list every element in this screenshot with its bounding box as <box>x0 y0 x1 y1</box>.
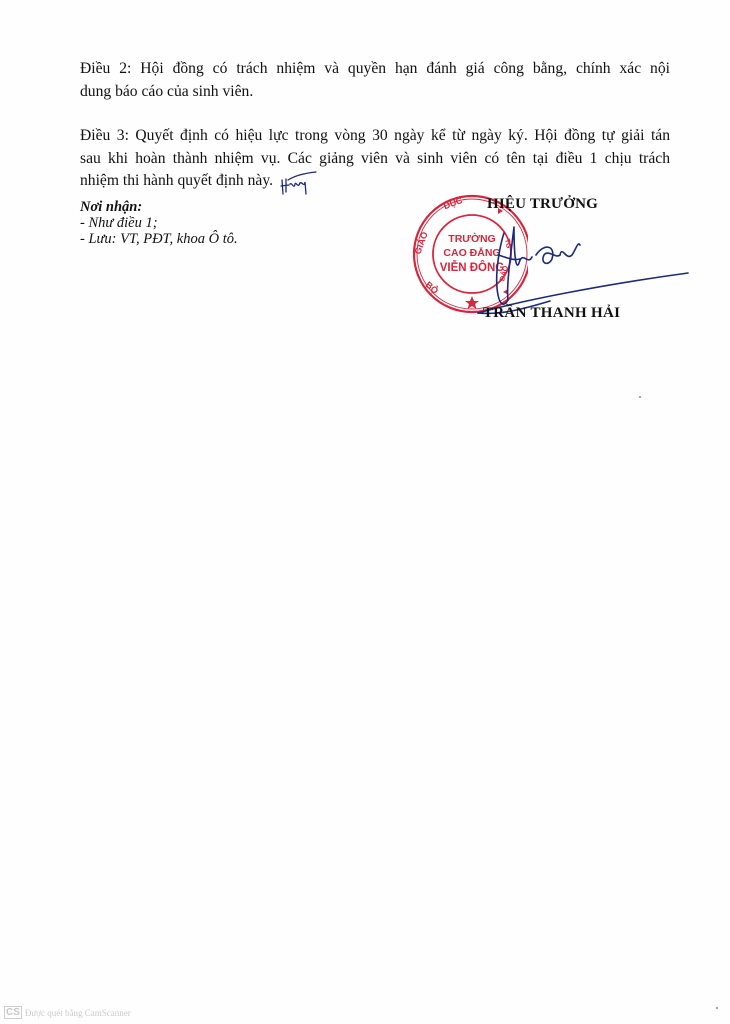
camscanner-text: Được quét bằng CamScanner <box>25 1008 131 1018</box>
document-page: Điều 2: Hội đồng có trách nhiệm và quyền… <box>0 0 730 1024</box>
signer-name: TRẦN THANH HẢI <box>483 305 620 322</box>
recipient-item: - Lưu: VT, PĐT, khoa Ô tô. <box>80 231 238 247</box>
signer-position-title: HIỆU TRƯỞNG <box>487 196 598 213</box>
article-3-paragraph: Điều 3: Quyết định có hiệu lực trong vòn… <box>80 125 670 193</box>
scan-speck <box>639 396 641 398</box>
article-2-line-1: Điều 2: Hội đồng có trách nhiệm và quyền… <box>80 58 670 81</box>
initials-signature-icon <box>278 170 318 198</box>
svg-text:BỘ: BỘ <box>424 279 441 296</box>
article-3-line-1: Điều 3: Quyết định có hiệu lực trong vòn… <box>80 125 670 148</box>
recipients-block: Nơi nhận: - Như điều 1; - Lưu: VT, PĐT, … <box>80 199 238 247</box>
svg-text:DỤC: DỤC <box>442 195 464 211</box>
article-3-line-2: sau khi hoàn thành nhiệm vụ. Các giảng v… <box>80 148 670 171</box>
article-3-line-3: nhiệm thi hành quyết định này. <box>80 170 670 193</box>
article-2-paragraph: Điều 2: Hội đồng có trách nhiệm và quyền… <box>80 58 670 103</box>
svg-text:GIÁO: GIÁO <box>413 230 430 255</box>
scan-speck <box>716 1007 718 1009</box>
camscanner-watermark: CS Được quét bằng CamScanner <box>4 1006 131 1019</box>
article-2-line-2: dung báo cáo của sinh viên. <box>80 81 670 104</box>
camscanner-logo-icon: CS <box>4 1006 22 1019</box>
recipient-item: - Như điều 1; <box>80 215 238 231</box>
recipients-title: Nơi nhận: <box>80 199 238 215</box>
